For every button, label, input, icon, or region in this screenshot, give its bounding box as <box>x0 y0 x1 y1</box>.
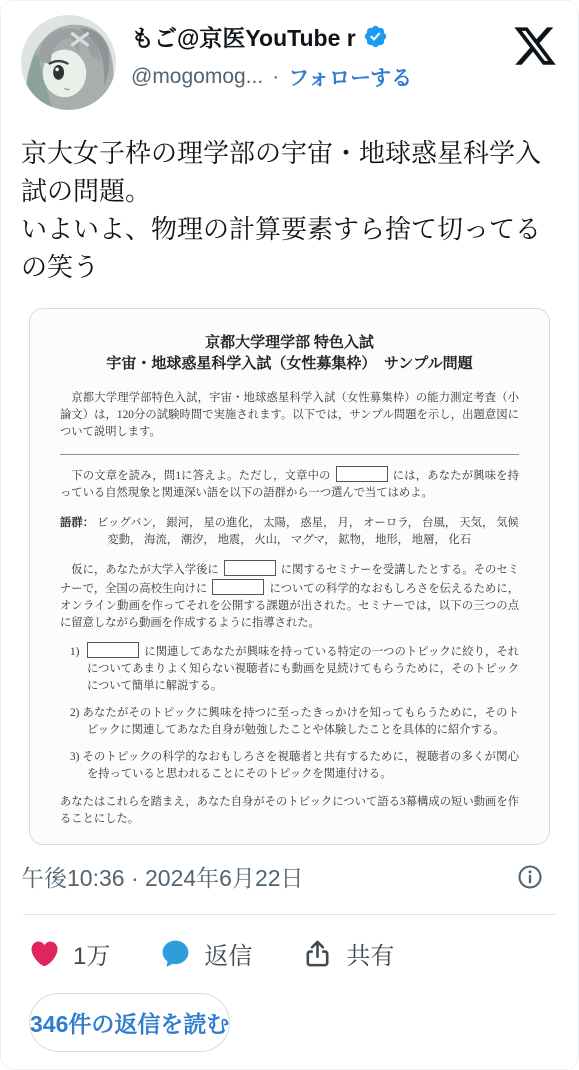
document-paragraph: あなたはこれらを踏まえ，あなた自身がそのトピックについて語る3幕構成の短い動画を… <box>60 794 519 828</box>
timestamp-row: 午後10:36 · 2024年6月22日 <box>21 860 558 893</box>
tweet-text-line: いよいよ、物理の計算要素すら捨て切ってるの笑う <box>21 210 558 286</box>
tweet-embed-card: もご@京医YouTube r @mogomog... · フォローする 京大女子… <box>0 0 579 1070</box>
timestamp[interactable]: 午後10:36 · 2024年6月22日 <box>21 860 304 893</box>
document-title-line2: 宇宙・地球惑星科学入試（女性募集枠） サンプル問題 <box>60 354 519 375</box>
reply-bubble-icon <box>160 938 191 969</box>
reply-button[interactable]: 返信 <box>160 936 252 971</box>
read-replies-button[interactable]: 346件の返信を読む <box>29 993 230 1052</box>
display-name[interactable]: もご@京医YouTube r <box>131 20 356 53</box>
handle-row: @mogomog... · フォローする <box>131 62 412 92</box>
document-paragraph: 3) そのトピックの科学的なおもしろさを視聴者と共有するために，視聴者の多くが関… <box>70 749 519 783</box>
follow-button[interactable]: フォローする <box>288 62 412 92</box>
share-label: 共有 <box>346 936 394 971</box>
divider <box>23 914 556 915</box>
share-upload-icon <box>302 938 333 969</box>
verified-badge-icon <box>363 24 388 49</box>
document-paragraph: 語群： ビッグバン， 銀河， 星の進化， 太陽， 惑星， 月， オーロラ， 台風… <box>60 515 519 549</box>
document-paragraph: 仮に，あなたが大学入学後にに関するセミナーを受講したとする。そのセミナーで，全国… <box>60 560 519 632</box>
like-count: 1万 <box>73 936 110 971</box>
blank-box <box>336 466 388 482</box>
user-handle[interactable]: @mogomog... <box>131 65 263 89</box>
name-row: もご@京医YouTube r <box>131 20 412 53</box>
document-paragraph: 1) に関連してあなたが興味を持っている特定の一つのトピックに絞り，それについて… <box>70 642 519 695</box>
tweet-header: もご@京医YouTube r @mogomog... · フォローする <box>21 15 558 110</box>
share-button[interactable]: 共有 <box>302 936 394 971</box>
dot-separator: · <box>272 65 279 89</box>
like-button[interactable]: 1万 <box>29 936 110 971</box>
identity-block: もご@京医YouTube r @mogomog... · フォローする <box>131 20 412 92</box>
document-paragraph: 下の文章を読み，問1に答えよ。ただし，文章中のには，あなたが興味を持っている自然… <box>60 466 519 502</box>
tweet-text-line: 京大女子枠の理学部の宇宙・地球惑星科学入試の問題。 <box>21 134 558 210</box>
heart-like-icon <box>29 938 60 969</box>
document-title-line1: 京都大学理学部 特色入試 <box>60 333 519 354</box>
tweet-media-document[interactable]: 京都大学理学部 特色入試 宇宙・地球惑星科学入試（女性募集枠） サンプル問題 京… <box>29 308 550 845</box>
document-body: 京都大学理学部特色入試，宇宙・地球惑星科学入試（女性募集枠）の能力測定考査（小論… <box>60 390 519 828</box>
blank-box <box>87 642 139 658</box>
blank-box <box>212 579 264 595</box>
avatar[interactable] <box>21 15 116 110</box>
document-title: 京都大学理学部 特色入試 宇宙・地球惑星科学入試（女性募集枠） サンプル問題 <box>60 333 519 375</box>
document-paragraph: 京都大学理学部特色入試，宇宙・地球惑星科学入試（女性募集枠）の能力測定考査（小論… <box>60 390 519 441</box>
info-circle-icon[interactable] <box>516 863 544 891</box>
tweet-text: 京大女子枠の理学部の宇宙・地球惑星科学入試の問題。 いよいよ、物理の計算要素すら… <box>21 134 558 286</box>
document-divider <box>60 454 519 455</box>
x-logo-icon[interactable] <box>512 23 558 69</box>
reply-label: 返信 <box>204 936 252 971</box>
blank-box <box>224 560 276 576</box>
engagement-bar: 1万 返信 共有 <box>21 936 558 971</box>
document-paragraph: 2) あなたがそのトピックに興味を持つに至ったきっかけを知ってもらうために，その… <box>70 705 519 739</box>
avatar-image <box>21 15 116 110</box>
